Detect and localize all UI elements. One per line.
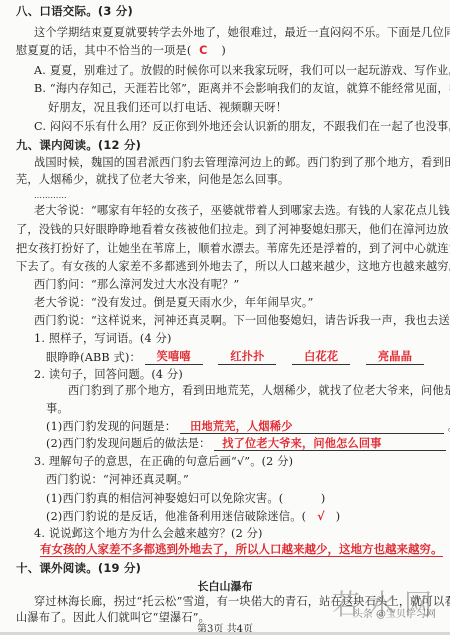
q3-option-1: (1)西门豹真的相信河神娶媳妇可以免除灾害。( ) [46,492,326,506]
option-b-line1: B. “海内存知己，天涯若比邻”，距离并不会影响我们的友谊，就算不能经常见面，我… [34,82,450,96]
q2-quote-line2: 事。 [46,402,69,416]
q2-sub1: (1)西门豹发现的问题是： 田地荒芜，人烟稀少 。 [46,420,450,434]
q1-row: 眼睁睁(ABB 式)： 笑嘻嘻 红扑扑 白花花 亮晶晶 [46,350,424,365]
passage-line: 西门豹问：“那么漳河发过大水没有呢？” [34,278,239,292]
q2-sub2: (2)西门豹发现问题后的做法是： 找了位老大爷来，问他怎么回事 。 [46,437,450,451]
option-b-line2: 好朋友，况且我们还可以打电话、视频聊天呀！ [48,101,287,115]
ellipsis: ………… [34,189,67,203]
option-a: A. 夏夏，别难过了。放假的时候你可以来我家玩呀，我们可以一起玩游戏、写作业。 [34,64,450,78]
q3-option-2-text: (2)西门豹说的是反话，他准备利用迷信破除迷信。( [46,510,306,523]
section10-heading: 十、课外阅读。(19 分) [16,561,141,575]
q4-answer: 有女孩的人家差不多都逃到外地去了，所以人口越来越少，这地方也越来越穷。 [40,542,443,557]
q3-label: 3. 理解句子的意思，在正确的句意后画“√”。(2 分) [34,455,293,469]
stem-suffix: ) [221,44,226,57]
paren: ) [321,492,326,505]
q4-label: 4. 说说邺这个地方为什么会越来越穷？(2 分) [34,527,263,541]
passage-line: 下去了。有女孩的人家差不多都逃到外地去了，所以人口越来越少，这地方也越来越穷。” [16,260,450,274]
q1-prompt: 眼睁睁(ABB 式)： [46,351,141,364]
passage-line: 西门豹说：“这样说来，河神还真灵啊。下一回他娶媳妇，请告诉我一声，我也去送送新娘… [34,314,450,328]
passage-line: 芜，人烟稀少，就找了位老大爷来，问他是怎么回事。 [16,173,289,187]
q3-option-1-text: (1)西门豹真的相信河神娶媳妇可以免除灾害。( [46,492,283,505]
passage-line: 了，没钱的只好眼睁睁地看着女孩被他们拉走。到了河神娶媳妇那天，他们在漳河边放一条… [16,223,450,237]
section8-stem-line2: 慰夏夏的话，其中不恰当的一项是( C ) [16,44,226,58]
q3-quote: 西门豹说：“河神还真灵啊。” [46,473,189,487]
q2-sub2-answer: 找了位老大爷来，问他怎么回事 [214,437,446,451]
passage-line: 老大爷说：“哪家有年轻的女孩子，巫婆就带着人到哪家去选。有钱的人家花点儿钱就过去 [34,204,450,218]
section9-heading: 九、课内阅读。(12 分) [16,138,141,152]
q1-answer-4: 亮晶晶 [366,350,424,365]
passage-line: 老大爷说：“没有发过。倒是夏天雨水少，年年闹旱灾。” [34,296,314,310]
section8-stem-line1: 这个学期结束夏夏就要转学去外地了，她很难过，最近一直闷闷不乐。下面是几位同学安 [34,26,450,40]
section8-heading: 八、口语交际。(3 分) [16,4,133,18]
q1-answer-2: 红扑扑 [218,350,276,365]
q3-option-2: (2)西门豹说的是反话，他准备利用迷信破除迷信。( √ ) [46,510,340,524]
q2-sub1-prompt: (1)西门豹发现的问题是： [46,420,176,433]
option-c: C. 闷闷不乐有什么用？反正你到外地还会认识新的朋友，不跟我们在一起了也没事。 [34,120,450,134]
q1-label: 1. 照样子，写词语。(4 分) [34,332,172,346]
watermark-credit: 头条 @宝贝学习网 [353,605,436,620]
paren: ) [336,510,341,523]
passage-line: 战国时候，魏国的国君派西门豹去管理漳河边上的邺。西门豹到了那个地方，看到田地荒 [34,156,450,170]
passage-line: 把女孩打扮好了，让她坐在苇席上，顺着水漂去。苇席先还是浮着的，到了河中心就连女孩… [16,242,450,256]
q2-label: 2. 读句子，回答问题。(4 分) [34,368,183,382]
check-mark-icon: √ [310,510,332,524]
q2-sub2-prompt: (2)西门豹发现问题后的做法是： [46,437,211,450]
exam-page: 八、口语交际。(3 分) 这个学期结束夏夏就要转学去外地了，她很难过，最近一直闷… [0,0,450,635]
q2-quote-line1: 西门豹到了那个地方，看到田地荒芜，人烟稀少，就找了位老大爷来，问他是怎么回 [68,384,450,398]
stem-prefix: 慰夏夏的话，其中不恰当的一项是( [16,44,191,57]
q1-answer-1: 笑嘻嘻 [145,350,203,365]
q2-sub1-answer: 田地荒芜，人烟稀少 [180,420,444,434]
section8-answer: C [199,44,207,57]
q1-answer-3: 白花花 [292,350,350,365]
